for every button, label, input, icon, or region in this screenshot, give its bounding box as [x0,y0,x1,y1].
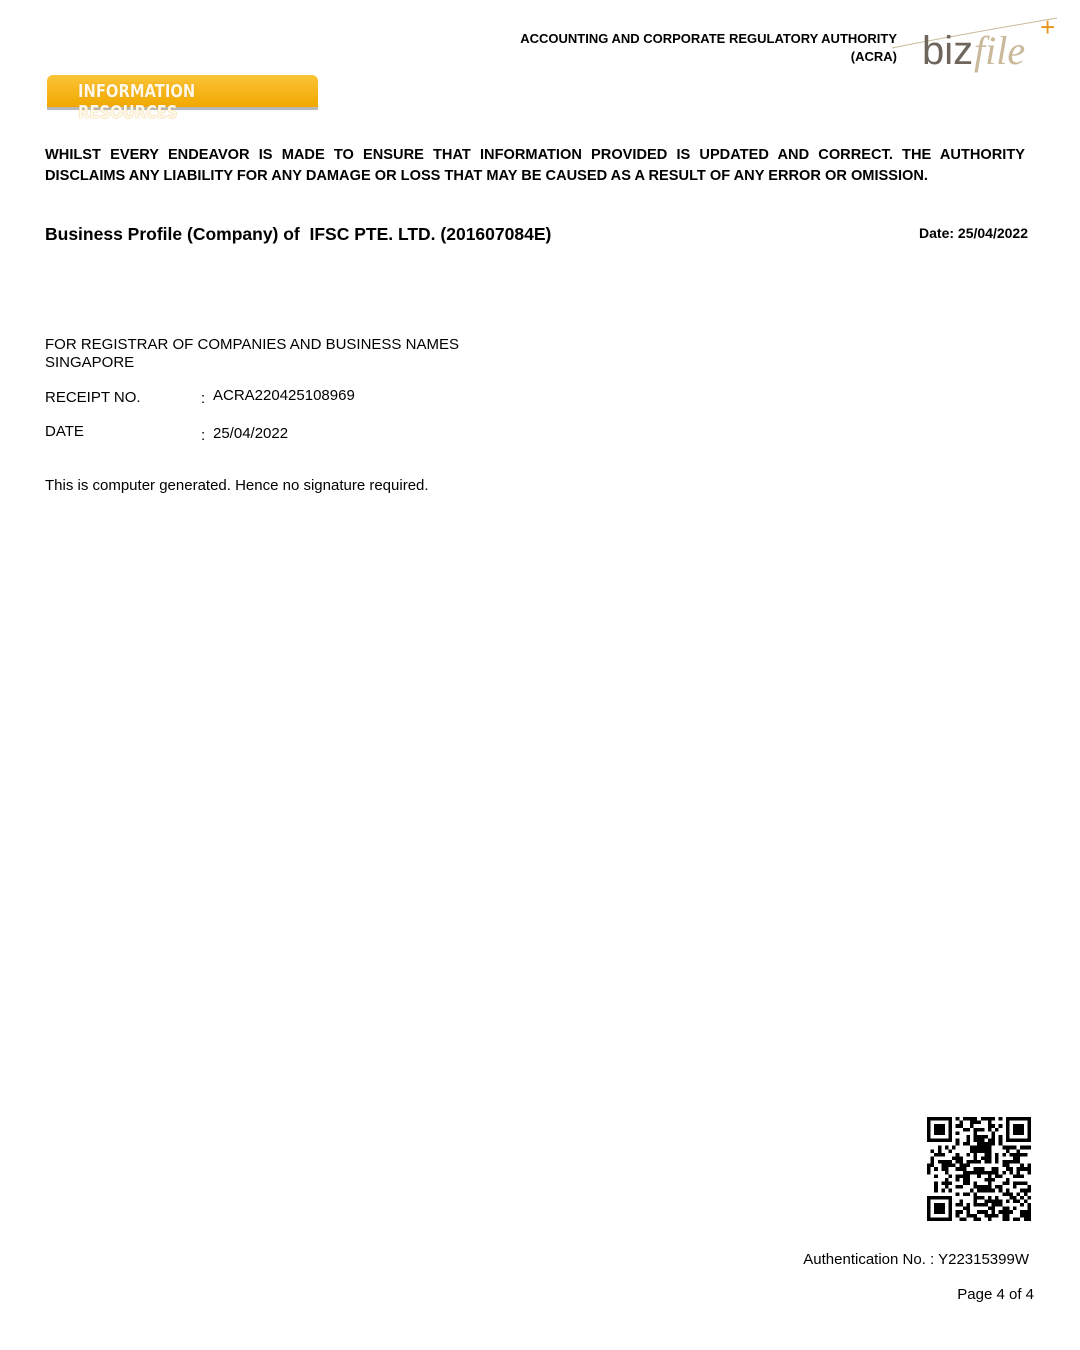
receipt-label: RECEIPT NO. [45,389,141,406]
svg-text:biz: biz [922,29,973,73]
authority-name: ACCOUNTING AND CORPORATE REGULATORY AUTH… [520,30,897,66]
authority-line-1: ACCOUNTING AND CORPORATE REGULATORY AUTH… [520,30,897,48]
registrar-block: FOR REGISTRAR OF COMPANIES AND BUSINESS … [45,336,459,372]
registrar-line-1: FOR REGISTRAR OF COMPANIES AND BUSINESS … [45,336,459,354]
date-label: DATE [45,423,84,440]
authentication-number: Authentication No. : Y22315399W [803,1251,1029,1268]
receipt-colon: : [201,390,205,407]
svg-text:file: file [974,28,1025,73]
page-number: Page 4 of 4 [957,1286,1034,1303]
disclaimer: WHILST EVERY ENDEAVOR IS MADE TO ENSURE … [45,145,1025,187]
bizfile-logo: biz file + [892,14,1067,78]
disclaimer-line-2: DISCLAIMS ANY LIABILITY FOR ANY DAMAGE O… [45,166,1025,187]
banner-label: INFORMATION RESOURCES [78,81,275,123]
svg-text:+: + [1040,14,1055,42]
qr-code-icon [927,1117,1031,1221]
computer-generated-note: This is computer generated. Hence no sig… [45,477,429,494]
disclaimer-line-1: WHILST EVERY ENDEAVOR IS MADE TO ENSURE … [45,145,1025,166]
date-colon: : [201,427,205,444]
information-resources-banner: INFORMATION RESOURCES [47,75,318,110]
receipt-value: ACRA220425108969 [213,387,355,404]
profile-date: Date: 25/04/2022 [919,225,1028,241]
profile-title: Business Profile (Company) of IFSC PTE. … [45,224,551,245]
registrar-line-2: SINGAPORE [45,354,459,372]
authority-line-2: (ACRA) [520,48,897,66]
date-value: 25/04/2022 [213,425,288,442]
